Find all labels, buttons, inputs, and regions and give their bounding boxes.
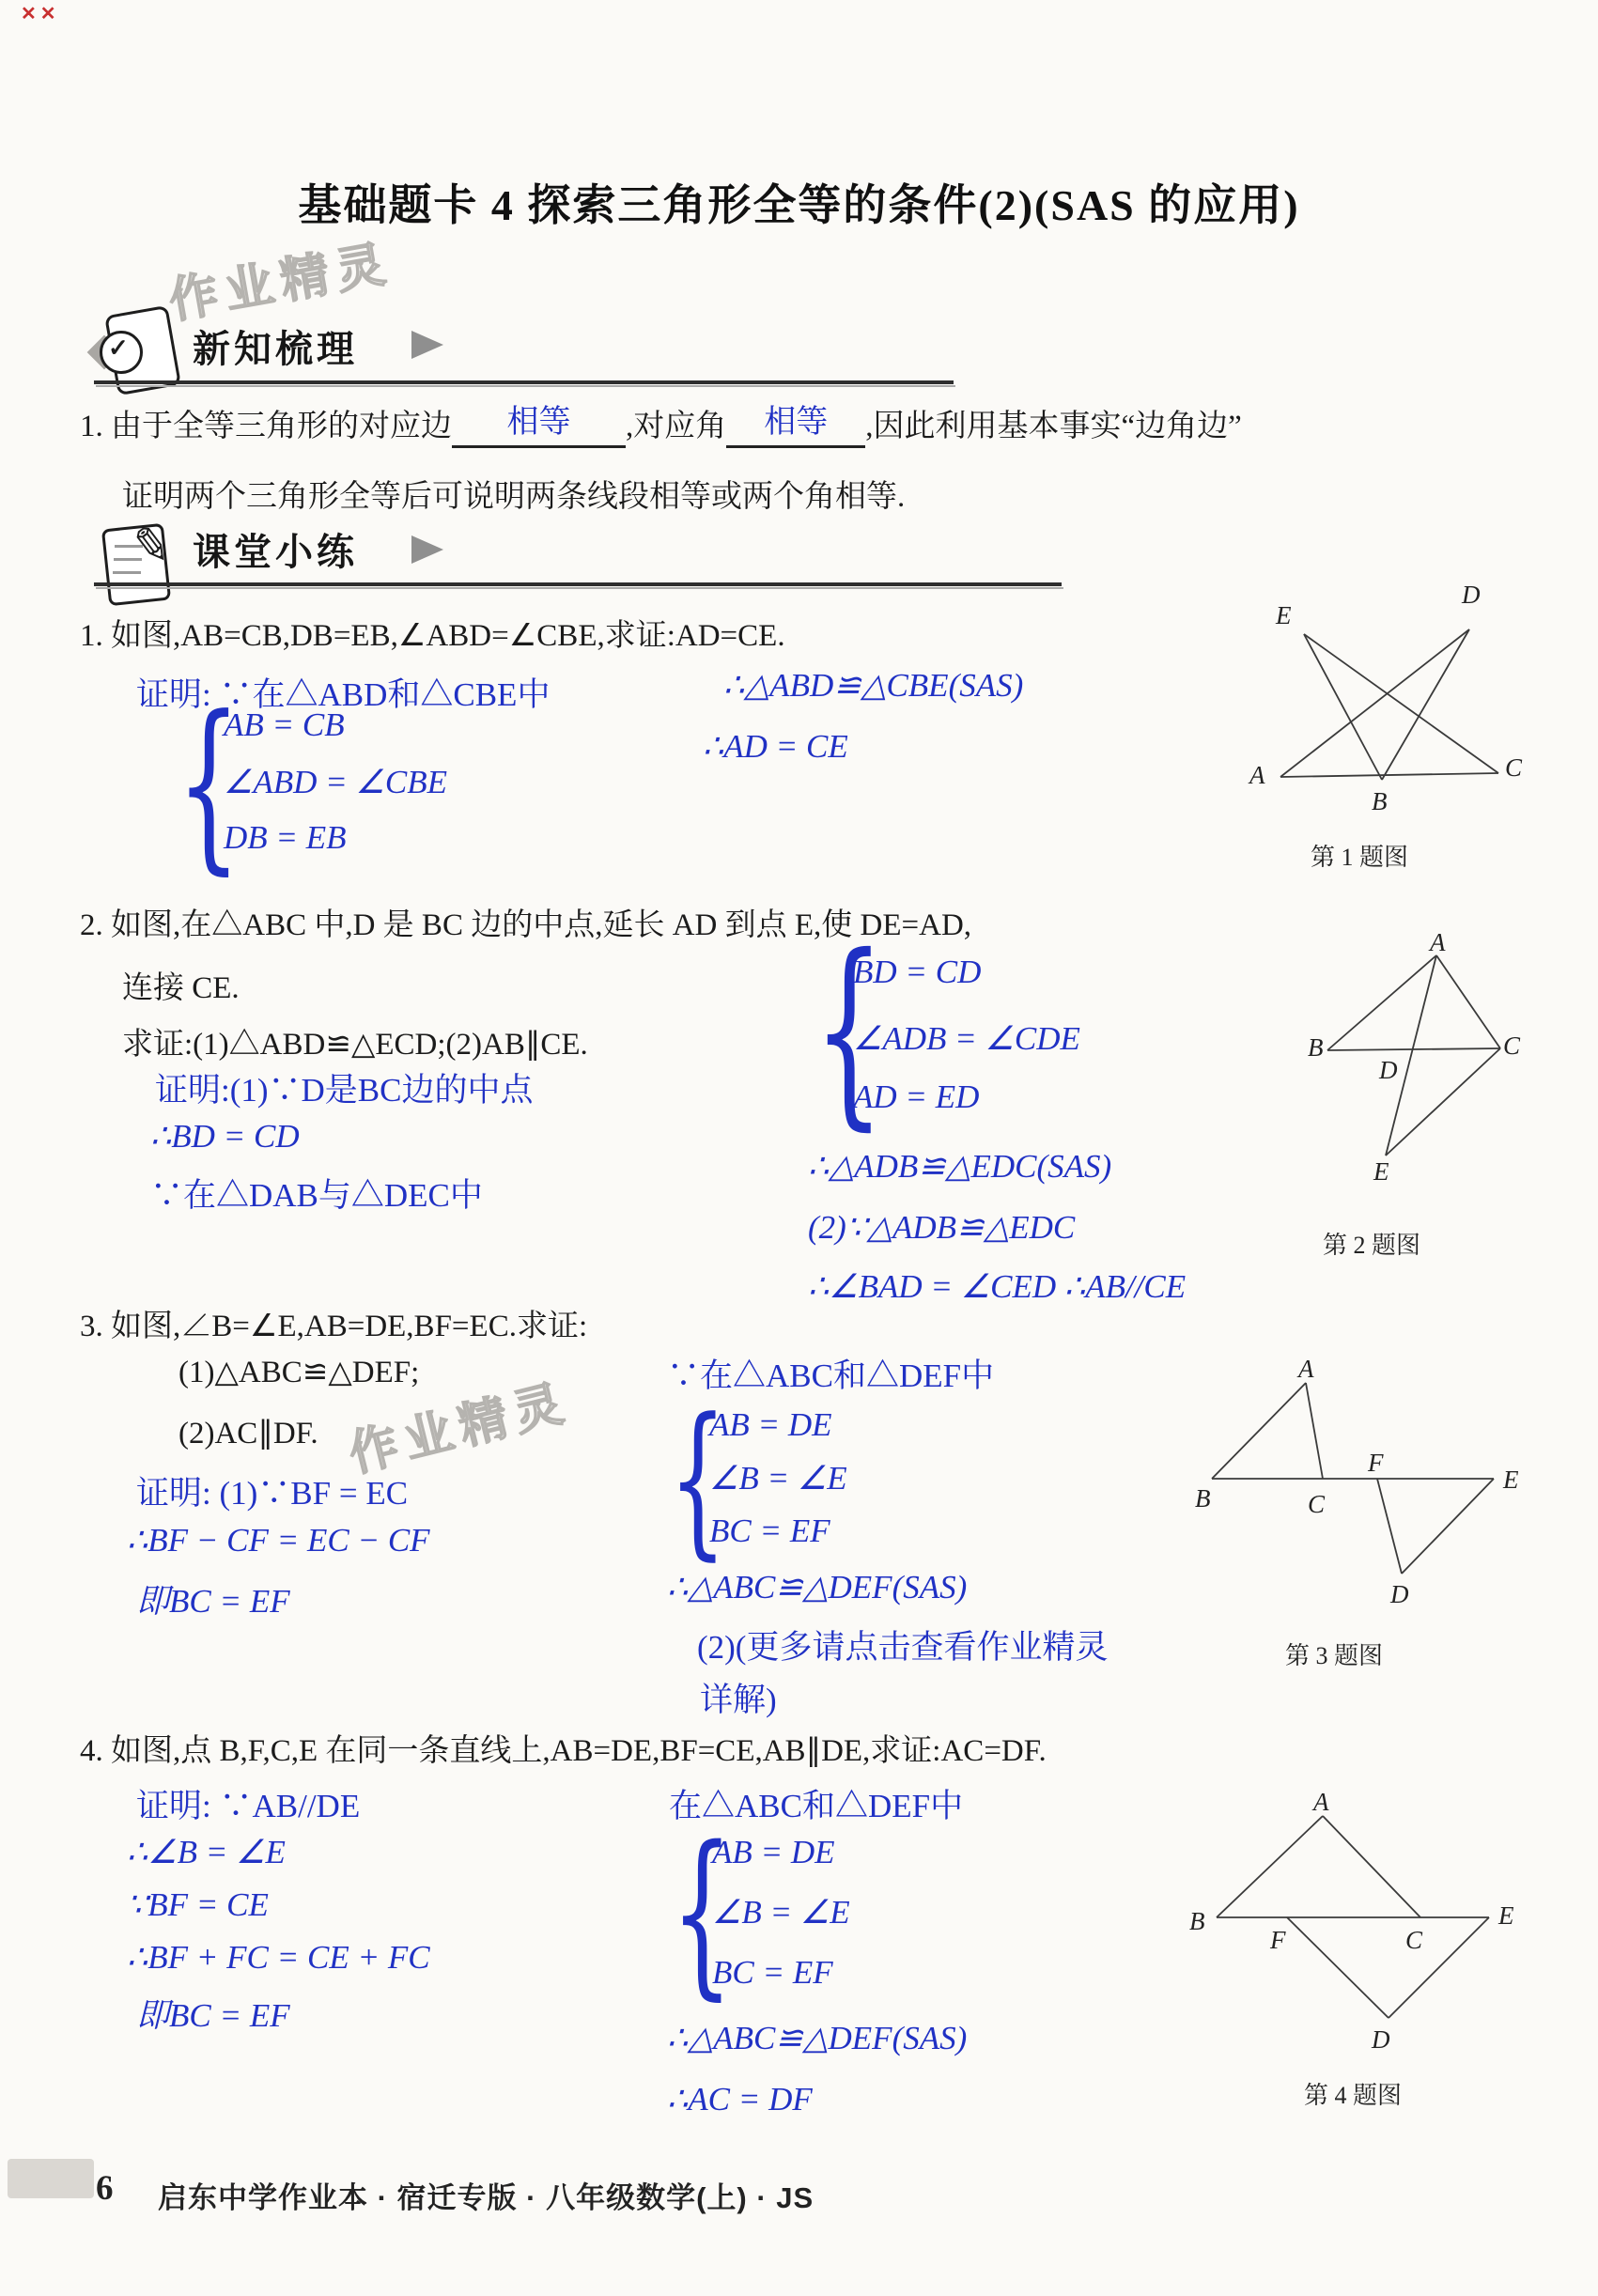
fig3-vertex-label-D: D <box>1390 1580 1409 1609</box>
fig2-vertex-label-B: B <box>1308 1033 1324 1063</box>
p4-result-1: ∴△ABC≌△DEF(SAS) <box>667 2020 967 2057</box>
p4-proof-2: ∴∠B = ∠E <box>127 1834 286 1871</box>
knowledge-text-mid: ,对应角 <box>626 410 726 443</box>
fig2-vertex-label-C: C <box>1503 1032 1520 1061</box>
p4-proof-4: ∴BF + FC = CE + FC <box>127 1939 430 1977</box>
p3-result-1: ∴△ABC≌△DEF(SAS) <box>667 1569 967 1606</box>
figure-4 <box>1193 1785 1531 2053</box>
knowledge-text-pre: 1. 由于全等三角形的对应边 <box>80 410 452 443</box>
p3-brace-item-2: ∠B = ∠E <box>709 1460 847 1497</box>
fill-blank-2: 相等 <box>726 399 865 448</box>
corner-scan-marks: ✕✕ <box>21 2 60 25</box>
figure-2-caption: 第 2 题图 <box>1323 1226 1420 1261</box>
notebook-line-icon <box>113 571 141 574</box>
p1-brace-item-1: AB = CB <box>224 706 345 744</box>
p4-proof-3: ∵BF = CE <box>127 1886 269 1924</box>
scan-smudge <box>8 2159 94 2198</box>
fig2-vertex-label-A: A <box>1430 928 1446 957</box>
problem-1-statement: 1. 如图,AB=CB,DB=EB,∠ABD=∠CBE,求证:AD=CE. <box>80 611 785 655</box>
fig3-vertex-label-C: C <box>1308 1490 1325 1519</box>
fig2-vertex-label-E: E <box>1373 1157 1389 1187</box>
p3-proof-1: 证明: (1)∵BF = EC <box>136 1467 408 1514</box>
page-title: 基础题卡 4 探索三角形全等的条件(2)(SAS 的应用) <box>0 171 1598 233</box>
section-underline <box>94 380 954 384</box>
p2-proof-2: ∴BD = CD <box>150 1118 300 1156</box>
figure-1-caption: 第 1 题图 <box>1311 838 1408 873</box>
fig3-vertex-label-A: A <box>1298 1355 1314 1384</box>
section-title-practice: 课堂小练 <box>193 522 358 576</box>
p3-brace-item-1: AB = DE <box>709 1406 832 1444</box>
figure-3-caption: 第 3 题图 <box>1285 1637 1383 1671</box>
problem-3-statement: 3. 如图,∠B=∠E,AB=DE,BF=EC.求证: <box>80 1301 587 1345</box>
p2-brace-item-3: AD = ED <box>853 1078 979 1116</box>
answer-blank-1: 相等 <box>507 396 571 442</box>
section-arrow-icon <box>411 535 443 564</box>
fig3-vertex-label-F: F <box>1368 1449 1384 1478</box>
problem-4-statement: 4. 如图,点 B,F,C,E 在同一条直线上,AB=DE,BF=CE,AB∥D… <box>80 1726 1047 1770</box>
p3-proof-2: ∴BF − CF = EC − CF <box>127 1522 430 1559</box>
p3-proof-3: 即BC = EF <box>136 1575 290 1622</box>
section-arrow-icon <box>411 331 443 359</box>
fig4-vertex-label-F: F <box>1270 1926 1286 1955</box>
watermark-top: 作业精灵 <box>163 224 396 333</box>
footer-text: 启东中学作业本 · 宿迁专版 · 八年级数学(上) · JS <box>158 2174 814 2216</box>
fig4-vertex-label-E: E <box>1498 1901 1514 1931</box>
p3-result-3: 详解) <box>700 1674 777 1721</box>
section-underline <box>94 582 1062 586</box>
figure-4-caption: 第 4 题图 <box>1304 2076 1402 2111</box>
fig1-vertex-label-C: C <box>1505 753 1522 783</box>
answer-blank-2: 相等 <box>764 396 828 442</box>
p1-brace-item-3: DB = EB <box>224 819 347 857</box>
fig2-vertex-label-D: D <box>1379 1056 1398 1085</box>
check-icon: ✓ <box>108 334 129 363</box>
p3-brace-item-3: BC = EF <box>709 1513 830 1550</box>
p2-proof-1: 证明:(1)∵D是BC边的中点 <box>155 1064 534 1111</box>
p2-brace-item-1: BD = CD <box>853 954 981 991</box>
p1-brace-item-2: ∠ABD = ∠CBE <box>224 764 447 801</box>
problem-3-sub-1: (1)△ABC≌△DEF; <box>178 1353 419 1390</box>
workbook-page: ✕✕ 基础题卡 4 探索三角形全等的条件(2)(SAS 的应用) 作业精灵 ✓ … <box>0 0 1598 2296</box>
problem-2-statement-2: 连接 CE. <box>122 963 240 1007</box>
p4-brace-item-2: ∠B = ∠E <box>712 1894 850 1931</box>
fig1-vertex-label-A: A <box>1249 761 1265 790</box>
p2-proof-3: ∵在△DAB与△DEC中 <box>150 1170 483 1217</box>
pencil-icon: ✎ <box>128 516 175 575</box>
p2-result-3: ∴∠BAD = ∠CED ∴AB//CE <box>808 1268 1186 1306</box>
fig1-vertex-label-B: B <box>1372 787 1388 816</box>
knowledge-line-2: 证明两个三角形全等后可说明两条线段相等或两个角相等. <box>122 472 905 516</box>
p4-result-2: ∴AC = DF <box>667 2081 813 2118</box>
p3-result-2: (2)(更多请点击查看作业精灵 <box>697 1621 1108 1668</box>
p1-result-congruent: ∴△ABD≌△CBE(SAS) <box>723 667 1023 705</box>
p2-result-1: ∴△ADB≌△EDC(SAS) <box>808 1148 1111 1186</box>
fig4-vertex-label-D: D <box>1372 2025 1390 2055</box>
fig3-vertex-label-E: E <box>1503 1466 1519 1495</box>
section-title-knowledge: 新知梳理 <box>193 319 358 373</box>
p1-result-ad-ce: ∴AD = CE <box>703 728 848 766</box>
fig3-vertex-label-B: B <box>1195 1484 1211 1513</box>
p2-result-2: (2)∵△ADB≌△EDC <box>808 1209 1075 1247</box>
fig1-vertex-label-D: D <box>1462 581 1481 610</box>
p4-brace-item-3: BC = EF <box>712 1954 833 1992</box>
p4-brace-item-1: AB = DE <box>712 1834 835 1871</box>
fig4-vertex-label-A: A <box>1313 1788 1329 1817</box>
knowledge-line-1: 1. 由于全等三角形的对应边相等,对应角相等,因此利用基本事实“边角边” <box>80 399 1242 448</box>
fill-blank-1: 相等 <box>452 399 626 448</box>
figure-3 <box>1198 1353 1527 1611</box>
p4-proof-1: 证明: ∵AB//DE <box>136 1780 360 1827</box>
fig1-vertex-label-E: E <box>1276 601 1292 630</box>
problem-2-statement-3: 求证:(1)△ABD≌△ECD;(2)AB∥CE. <box>122 1019 588 1063</box>
fig4-vertex-label-B: B <box>1189 1907 1205 1936</box>
p4-proof-5: 即BC = EF <box>136 1990 290 2037</box>
fig4-vertex-label-C: C <box>1405 1926 1422 1955</box>
knowledge-text-post: ,因此利用基本事实“边角边” <box>865 410 1242 443</box>
problem-3-sub-2: (2)AC∥DF. <box>178 1414 318 1451</box>
p2-brace-item-2: ∠ADB = ∠CDE <box>853 1020 1080 1058</box>
footer-page-number: 6 <box>96 2168 115 2209</box>
